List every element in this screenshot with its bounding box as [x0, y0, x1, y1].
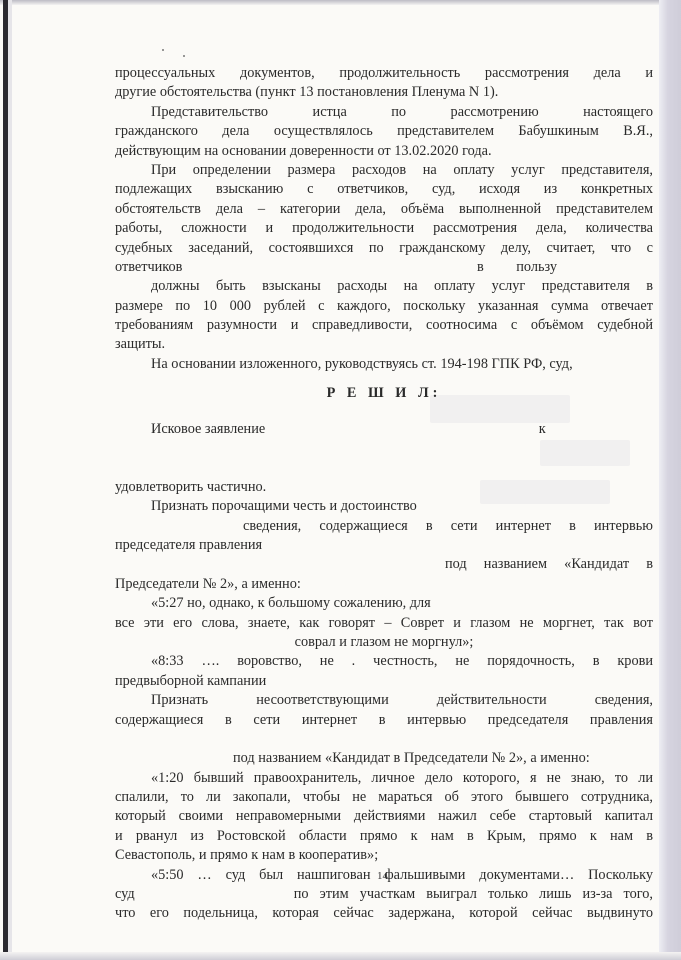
text-line: другие обстоятельства (пункт 13 постанов…	[115, 83, 653, 102]
text-line: Севастополь, и прямо к нам в кооператив»…	[115, 846, 653, 865]
text-line: что его подельница, которая сейчас задер…	[115, 904, 653, 923]
scan-bottom-edge	[0, 952, 681, 960]
scan-right-shadow	[659, 0, 681, 960]
scan-speck	[162, 49, 164, 51]
scan-speck	[183, 55, 185, 57]
text-line: содержащиеся в сети интернет в интервью …	[115, 711, 653, 730]
text-fragment: суд	[115, 886, 135, 902]
text-line: защиты.	[115, 335, 653, 354]
document-body: процессуальных документов, продолжительн…	[115, 64, 653, 924]
text-line: под названием «Кандидат в Председатели №…	[115, 749, 653, 768]
text-line: Представительство истца по рассмотрению …	[115, 103, 653, 122]
text-line: На основании изложенного, руководствуясь…	[115, 355, 653, 374]
text-line: ответчиков в пользу	[115, 258, 653, 277]
text-line: Признать несоответствующими действительн…	[115, 691, 653, 710]
text-fragment: Исковое заявление	[151, 421, 265, 437]
text-line: Признать порочащими честь и достоинство	[115, 497, 653, 516]
text-line: судебных заседаний, состоявшихся по граж…	[115, 239, 653, 258]
blank-line	[115, 439, 653, 458]
text-line: под названием «Кандидат в	[115, 555, 653, 574]
text-line: спалили, то ли закопали, чтобы не марать…	[115, 788, 653, 807]
text-fragment: по этим участкам выиграл только лишь из-…	[294, 886, 653, 902]
text-line: работы, сложности и продолжительности ра…	[115, 219, 653, 238]
text-line: процессуальных документов, продолжительн…	[115, 64, 653, 83]
text-line: подлежащих взысканию с ответчиков, суд, …	[115, 180, 653, 199]
decision-heading: Р Е Ш И Л:	[115, 384, 653, 403]
text-line: суд по этим участкам выиграл только лишь…	[115, 885, 653, 904]
text-line: размере по 10 000 рублей с каждого, поск…	[115, 297, 653, 316]
blank-line	[115, 730, 653, 749]
text-fragment: к	[539, 421, 546, 437]
text-line: удовлетворить частично.	[115, 478, 653, 497]
text-line: «1:20 бывший правоохранитель, личное дел…	[115, 769, 653, 788]
text-line: председателя правления	[115, 536, 653, 555]
blank-line	[115, 458, 653, 477]
text-line: требованиям разумности и справедливости,…	[115, 316, 653, 335]
text-fragment: в пользу	[477, 259, 557, 275]
text-line: При определении размера расходов на опла…	[115, 161, 653, 180]
text-line: «8:33 …. воровство, не . честность, не п…	[115, 652, 653, 671]
text-line: предвыборной кампании	[115, 672, 653, 691]
text-line: и рванул из Ростовской области прямо к н…	[115, 827, 653, 846]
text-line: Исковое заявление к	[115, 420, 653, 439]
text-line: соврал и глазом не моргнул»;	[115, 633, 653, 652]
text-line: сведения, содержащиеся в сети интернет в…	[115, 517, 653, 536]
text-fragment: ответчиков	[115, 259, 182, 275]
scan-top-edge	[0, 0, 681, 5]
text-line: «5:27 но, однако, к большому сожалению, …	[115, 594, 653, 613]
page-number: 14	[377, 870, 388, 882]
text-line: обстоятельств дела – категории дела, объ…	[115, 200, 653, 219]
text-line: Председатели № 2», а именно:	[115, 575, 653, 594]
text-line: действующим на основании доверенности от…	[115, 142, 653, 161]
text-line: все эти его слова, знаете, как говорят –…	[115, 614, 653, 633]
scanned-page: процессуальных документов, продолжительн…	[0, 0, 681, 960]
text-line: который своими неправомерными действиями…	[115, 807, 653, 826]
text-line: гражданского дела осуществлялось предста…	[115, 122, 653, 141]
text-line: должны быть взысканы расходы на оплату у…	[115, 277, 653, 296]
scan-left-highlight	[8, 0, 12, 960]
